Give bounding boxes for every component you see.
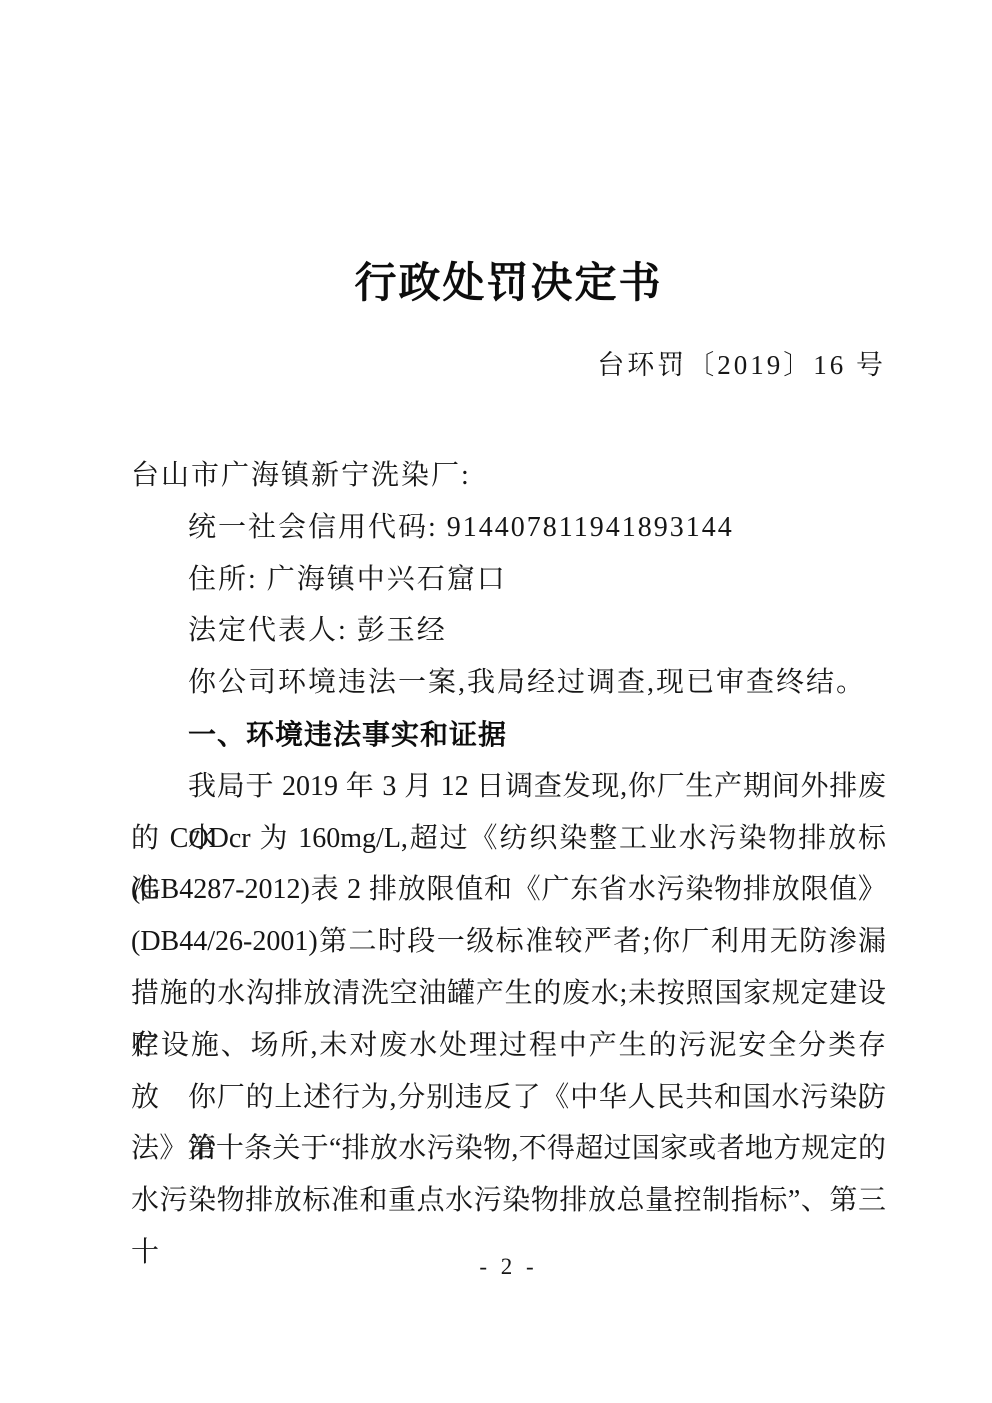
document-number: 台环罚〔2019〕16 号 (131, 349, 886, 381)
paragraph1-line: 措施的水沟排放清洗空油罐产生的废水;未按照国家规定建设贮 (131, 968, 886, 1020)
document-body: 台山市广海镇新宁洗染厂: 统一社会信用代码: 91440781194189314… (131, 450, 886, 1227)
intro-line: 你公司环境违法一案,我局经过调查,现已审查终结。 (131, 657, 886, 709)
paragraph2-line: 水污染物排放标准和重点水污染物排放总量控制指标”、第三十 (131, 1175, 886, 1227)
paragraph1-line: 存设施、场所,未对废水处理过程中产生的污泥安全分类存放。 (131, 1020, 886, 1072)
paragraph2-line: 法》第十条关于“排放水污染物,不得超过国家或者地方规定的 (131, 1123, 886, 1175)
page-number: - 2 - (131, 1253, 886, 1281)
info-legal-representative: 法定代表人: 彭玉经 (131, 605, 886, 657)
section1-heading: 一、环境违法事实和证据 (131, 709, 886, 761)
recipient-line: 台山市广海镇新宁洗染厂: (131, 450, 886, 502)
info-address: 住所: 广海镇中兴石窟口 (131, 554, 886, 606)
paragraph2-line: 你厂的上述行为,分别违反了《中华人民共和国水污染防治 (131, 1072, 886, 1124)
document-page: 行政处罚决定书 台环罚〔2019〕16 号 台山市广海镇新宁洗染厂: 统一社会信… (0, 0, 992, 1403)
paragraph1-line: 我局于 2019 年 3 月 12 日调查发现,你厂生产期间外排废水 (131, 761, 886, 813)
paragraph1-line: (DB44/26-2001)第二时段一级标准较严者;你厂利用无防渗漏 (131, 916, 886, 968)
paragraph1-line: (GB4287-2012)表 2 排放限值和《广东省水污染物排放限值》 (131, 864, 886, 916)
document-title: 行政处罚决定书 (131, 260, 886, 308)
paragraph1-line: 的 CODcr 为 160mg/L,超过《纺织染整工业水污染物排放标准》 (131, 813, 886, 865)
info-credit-code: 统一社会信用代码: 914407811941893144 (131, 502, 886, 554)
